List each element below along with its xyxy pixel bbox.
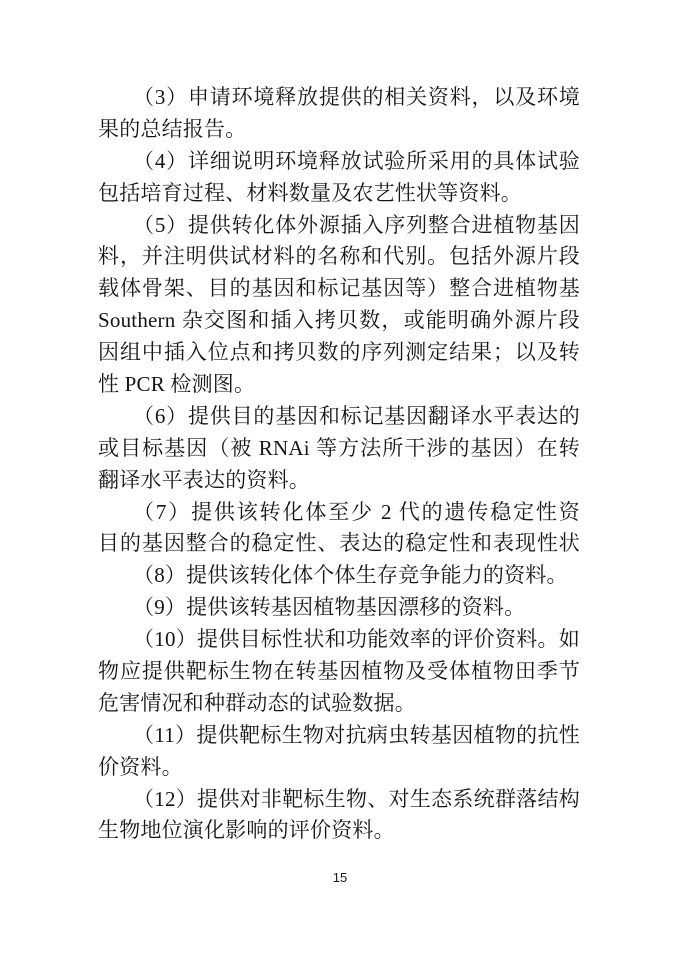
text-line: （6）提供目的基因和标记基因翻译水平表达的资料， (98, 401, 580, 433)
text-line: （3）申请环境释放提供的相关资料，以及环境释放结 (98, 82, 580, 114)
text-line: （4）详细说明环境释放试验所采用的具体试验材料， (98, 146, 580, 178)
text-line: 果的总结报告。 (98, 114, 580, 146)
text-line: 料，并注明供试材料的名称和代别。包括外源片段（如转化 (98, 241, 580, 273)
text-line: （8）提供该转化体个体生存竞争能力的资料。 (98, 560, 580, 592)
text-line: 危害情况和种群动态的试验数据。 (98, 688, 580, 720)
text-line: （10）提供目标性状和功能效率的评价资料。如抗虫植 (98, 624, 580, 656)
text-line: （11）提供靶标生物对抗病虫转基因植物的抗性风险评 (98, 720, 580, 752)
document-body: （3）申请环境释放提供的相关资料，以及环境释放结果的总结报告。（4）详细说明环境… (98, 82, 580, 847)
text-line: Southern 杂交图和插入拷贝数，或能明确外源片段在植物基 (98, 305, 580, 337)
text-line: 物应提供靶标生物在转基因植物及受体植物田季节性发生 (98, 656, 580, 688)
text-line: 翻译水平表达的资料。 (98, 465, 580, 497)
text-line: 载体骨架、目的基因和标记基因等）整合进植物基因组的 (98, 273, 580, 305)
text-line: 或目标基因（被 RNAi 等方法所干涉的基因）在转录水平或 (98, 433, 580, 465)
text-line: 性 PCR 检测图。 (98, 369, 580, 401)
text-line: （12）提供对非靶标生物、对生态系统群落结构和有害 (98, 784, 580, 816)
text-line: 价资料。 (98, 752, 580, 784)
text-line: 包括培育过程、材料数量及农艺性状等资料。 (98, 178, 580, 210)
text-line: （5）提供转化体外源插入序列整合进植物基因组的资 (98, 210, 580, 242)
text-line: 生物地位演化影响的评价资料。 (98, 815, 580, 847)
text-line: 目的基因整合的稳定性、表达的稳定性和表现性状的稳定性。 (98, 528, 580, 560)
text-line: （9）提供该转基因植物基因漂移的资料。 (98, 592, 580, 624)
text-line: （7）提供该转化体至少 2 代的遗传稳定性资料，包括 (98, 497, 580, 529)
document-page: （3）申请环境释放提供的相关资料，以及环境释放结果的总结报告。（4）详细说明环境… (0, 0, 680, 961)
page-number: 15 (0, 870, 680, 885)
text-line: 因组中插入位点和拷贝数的序列测定结果；以及转化体特异 (98, 337, 580, 369)
